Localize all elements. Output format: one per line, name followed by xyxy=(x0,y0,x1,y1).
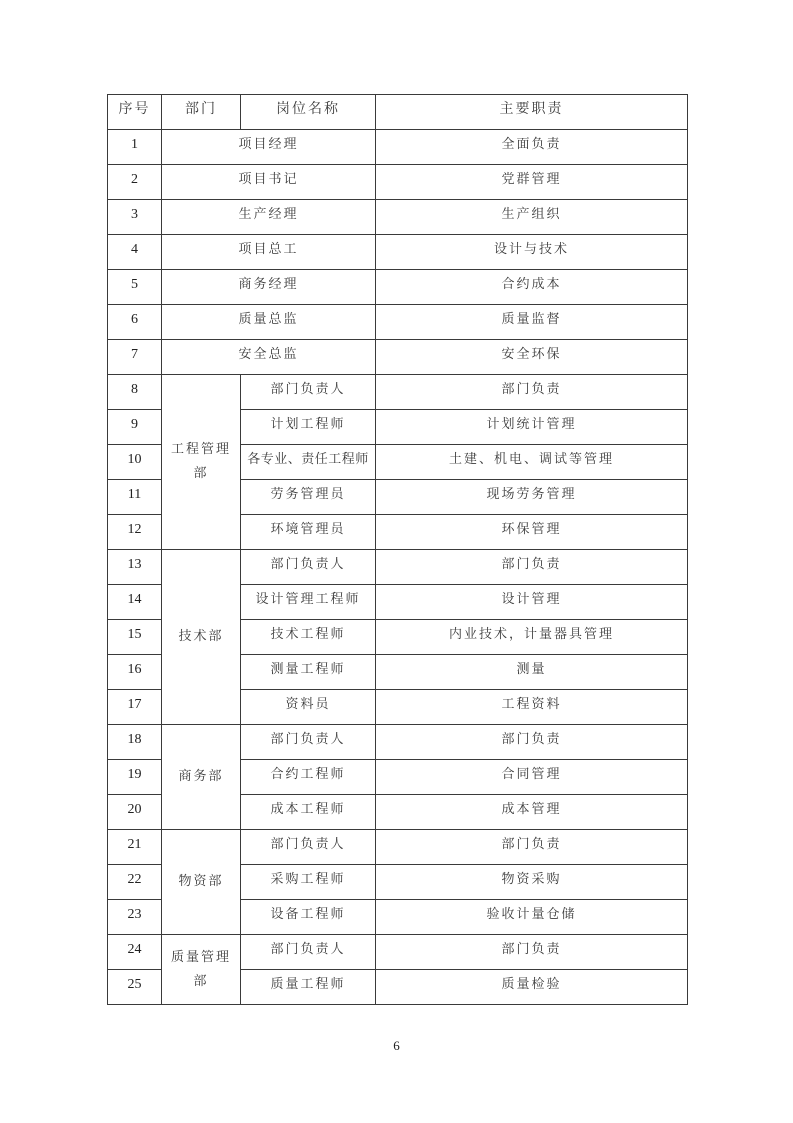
dept-name: 工程管理部 xyxy=(169,438,233,486)
row-position: 设备工程师 xyxy=(241,900,376,935)
row-position: 部门负责人 xyxy=(241,830,376,865)
table-row: 21 物资部 部门负责人 部门负责 xyxy=(108,830,688,865)
row-position: 部门负责人 xyxy=(241,550,376,585)
row-seq: 2 xyxy=(108,165,162,200)
row-seq: 15 xyxy=(108,620,162,655)
row-seq: 7 xyxy=(108,340,162,375)
row-position: 项目经理 xyxy=(162,130,376,165)
row-duty: 设计与技术 xyxy=(376,235,688,270)
row-position: 技术工程师 xyxy=(241,620,376,655)
row-position: 测量工程师 xyxy=(241,655,376,690)
header-seq: 序号 xyxy=(108,95,162,130)
row-duty: 质量检验 xyxy=(376,970,688,1005)
row-duty: 计划统计管理 xyxy=(376,410,688,445)
dept-name: 技术部 xyxy=(178,625,223,649)
row-duty: 工程资料 xyxy=(376,690,688,725)
row-duty: 合同管理 xyxy=(376,760,688,795)
row-position: 项目书记 xyxy=(162,165,376,200)
row-position: 部门负责人 xyxy=(241,725,376,760)
row-position: 项目总工 xyxy=(162,235,376,270)
row-seq: 8 xyxy=(108,375,162,410)
row-duty: 部门负责 xyxy=(376,830,688,865)
row-seq: 16 xyxy=(108,655,162,690)
dept-name: 质量管理部 xyxy=(169,946,233,994)
row-position: 质量总监 xyxy=(162,305,376,340)
dept-cell-engineering: 工程管理部 xyxy=(162,375,241,550)
row-seq: 1 xyxy=(108,130,162,165)
row-seq: 23 xyxy=(108,900,162,935)
table-row: 5 商务经理 合约成本 xyxy=(108,270,688,305)
row-seq: 5 xyxy=(108,270,162,305)
row-seq: 20 xyxy=(108,795,162,830)
table-row: 18 商务部 部门负责人 部门负责 xyxy=(108,725,688,760)
row-duty: 质量监督 xyxy=(376,305,688,340)
page-number: 6 xyxy=(0,1038,793,1054)
table-row: 3 生产经理 生产组织 xyxy=(108,200,688,235)
row-position: 劳务管理员 xyxy=(241,480,376,515)
row-position: 成本工程师 xyxy=(241,795,376,830)
dept-name: 物资部 xyxy=(178,870,223,894)
row-duty: 土建、机电、调试等管理 xyxy=(376,445,688,480)
row-position: 资料员 xyxy=(241,690,376,725)
row-seq: 9 xyxy=(108,410,162,445)
row-position: 部门负责人 xyxy=(241,935,376,970)
header-position: 岗位名称 xyxy=(241,95,376,130)
row-duty: 党群管理 xyxy=(376,165,688,200)
row-seq: 22 xyxy=(108,865,162,900)
row-seq: 13 xyxy=(108,550,162,585)
row-seq: 25 xyxy=(108,970,162,1005)
row-seq: 21 xyxy=(108,830,162,865)
header-duty: 主要职责 xyxy=(376,95,688,130)
row-duty: 验收计量仓储 xyxy=(376,900,688,935)
row-duty: 物资采购 xyxy=(376,865,688,900)
row-duty: 内业技术，计量器具管理 xyxy=(376,620,688,655)
row-position: 质量工程师 xyxy=(241,970,376,1005)
row-duty: 安全环保 xyxy=(376,340,688,375)
row-seq: 6 xyxy=(108,305,162,340)
dept-cell-quality: 质量管理部 xyxy=(162,935,241,1005)
row-position: 设计管理工程师 xyxy=(241,585,376,620)
row-duty: 现场劳务管理 xyxy=(376,480,688,515)
row-duty: 部门负责 xyxy=(376,375,688,410)
row-duty: 生产组织 xyxy=(376,200,688,235)
row-seq: 12 xyxy=(108,515,162,550)
row-position: 部门负责人 xyxy=(241,375,376,410)
staff-roster-table: 序号 部门 岗位名称 主要职责 1 项目经理 全面负责 2 项目书记 党群管理 … xyxy=(107,94,688,1005)
row-duty: 设计管理 xyxy=(376,585,688,620)
row-seq: 4 xyxy=(108,235,162,270)
row-position: 商务经理 xyxy=(162,270,376,305)
dept-name: 商务部 xyxy=(178,765,223,789)
table-row: 4 项目总工 设计与技术 xyxy=(108,235,688,270)
table-row: 8 工程管理部 部门负责人 部门负责 xyxy=(108,375,688,410)
row-duty: 测量 xyxy=(376,655,688,690)
document-page: 序号 部门 岗位名称 主要职责 1 项目经理 全面负责 2 项目书记 党群管理 … xyxy=(0,0,793,1123)
dept-cell-technical: 技术部 xyxy=(162,550,241,725)
row-seq: 11 xyxy=(108,480,162,515)
row-position: 合约工程师 xyxy=(241,760,376,795)
row-duty: 部门负责 xyxy=(376,935,688,970)
table-row: 1 项目经理 全面负责 xyxy=(108,130,688,165)
row-position: 采购工程师 xyxy=(241,865,376,900)
row-position: 安全总监 xyxy=(162,340,376,375)
table-row: 13 技术部 部门负责人 部门负责 xyxy=(108,550,688,585)
row-position: 计划工程师 xyxy=(241,410,376,445)
row-duty: 环保管理 xyxy=(376,515,688,550)
row-duty: 成本管理 xyxy=(376,795,688,830)
dept-cell-materials: 物资部 xyxy=(162,830,241,935)
row-position: 环境管理员 xyxy=(241,515,376,550)
row-seq: 24 xyxy=(108,935,162,970)
table-row: 7 安全总监 安全环保 xyxy=(108,340,688,375)
row-seq: 19 xyxy=(108,760,162,795)
row-duty: 部门负责 xyxy=(376,550,688,585)
dept-cell-commercial: 商务部 xyxy=(162,725,241,830)
row-position: 生产经理 xyxy=(162,200,376,235)
row-seq: 10 xyxy=(108,445,162,480)
table-row: 6 质量总监 质量监督 xyxy=(108,305,688,340)
row-seq: 14 xyxy=(108,585,162,620)
row-seq: 3 xyxy=(108,200,162,235)
header-dept: 部门 xyxy=(162,95,241,130)
table-header-row: 序号 部门 岗位名称 主要职责 xyxy=(108,95,688,130)
row-position: 各专业、责任工程师 xyxy=(241,445,376,480)
table-row: 24 质量管理部 部门负责人 部门负责 xyxy=(108,935,688,970)
row-duty: 合约成本 xyxy=(376,270,688,305)
row-seq: 17 xyxy=(108,690,162,725)
table-row: 2 项目书记 党群管理 xyxy=(108,165,688,200)
row-duty: 全面负责 xyxy=(376,130,688,165)
row-seq: 18 xyxy=(108,725,162,760)
row-duty: 部门负责 xyxy=(376,725,688,760)
